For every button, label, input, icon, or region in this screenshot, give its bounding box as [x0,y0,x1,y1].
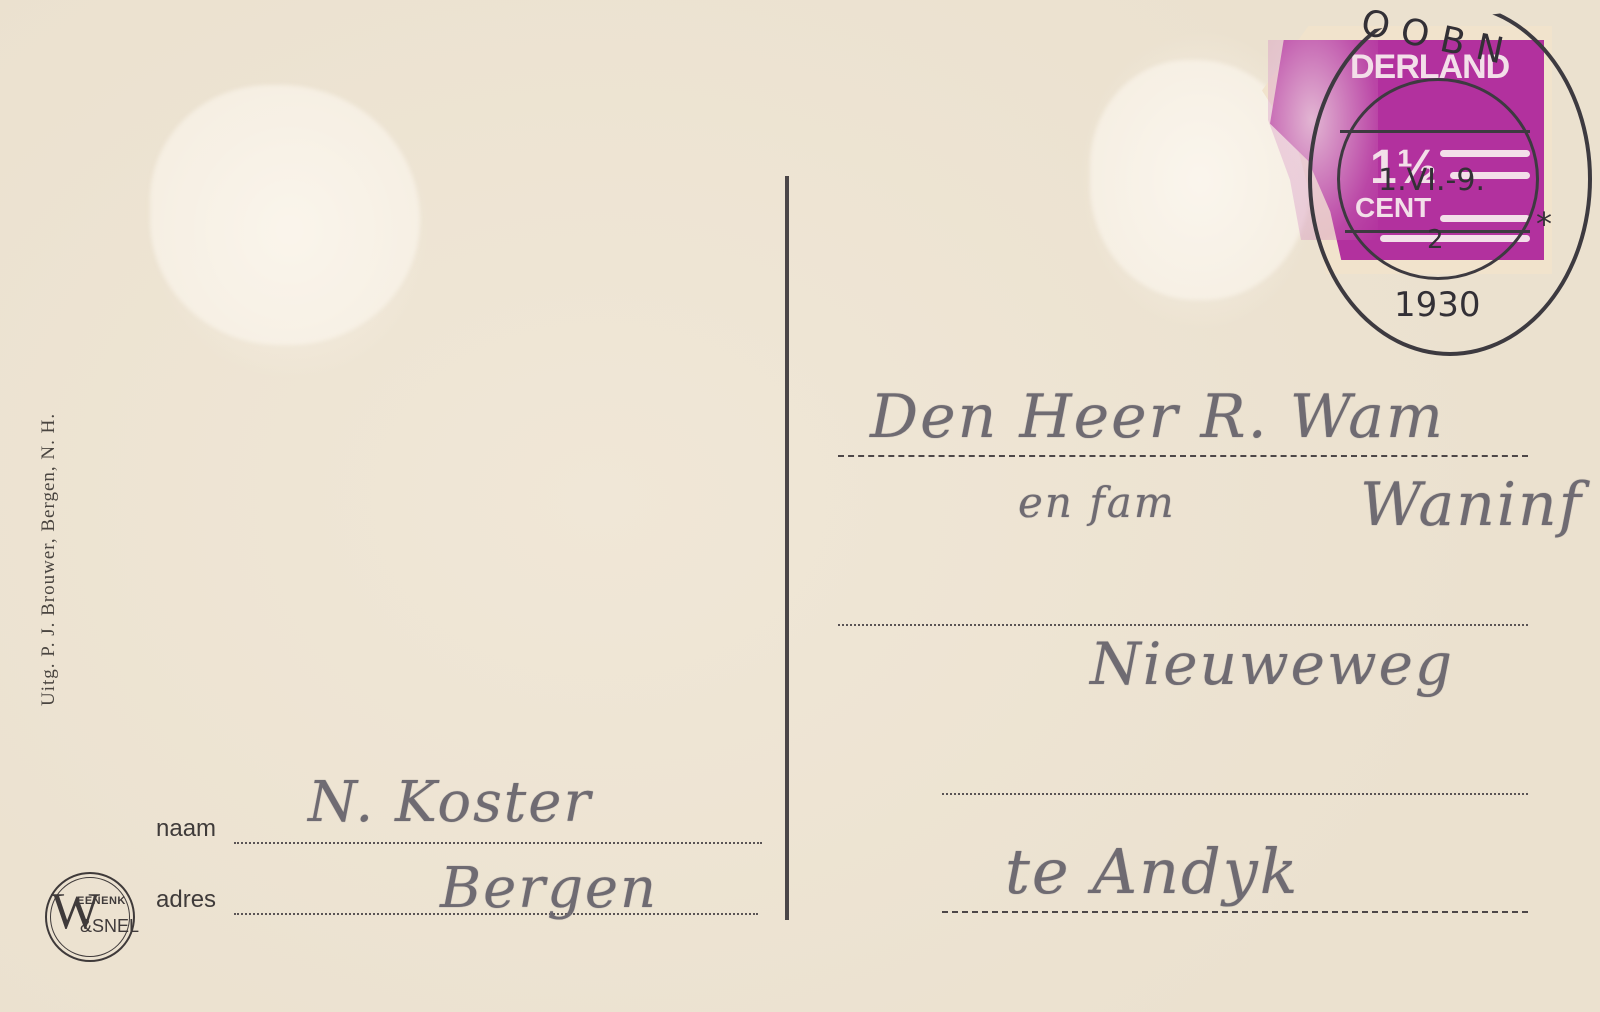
postmark-year: 1930 [1394,285,1481,325]
recipient-line1-handwriting: Den Heer R. Wam [870,382,1445,452]
postmark-star-icon: * [1536,205,1552,243]
sender-name-handwriting: N. Koster [308,770,592,835]
postcard-back: Uitg. P. J. Brouwer, Bergen, N. H. naam … [0,0,1600,1012]
address-line-3 [942,793,1528,795]
address-line-2 [838,624,1528,626]
postmark-bar [1340,130,1530,133]
sender-name-label: naam [156,815,216,843]
sender-address-handwriting: Bergen [440,856,658,921]
recipient-line4-handwriting: te Andyk [1005,835,1299,908]
postmark-hour: 2 [1427,225,1444,255]
center-divider-line [785,176,789,920]
address-line-1 [838,455,1528,457]
address-line-4 [942,911,1528,913]
publisher-imprint: Uitg. P. J. Brouwer, Bergen, N. H. [38,413,60,706]
recipient-line1b-handwriting: en fam [1018,478,1176,527]
postmark-date: 1.VI.-9. [1378,163,1485,198]
printer-logo: W EENENK &SNEL [45,872,135,962]
printer-logo-line2: &SNEL [80,916,139,937]
sender-name-line [234,842,762,844]
recipient-line2-handwriting: Waninf [1360,470,1583,540]
recipient-line3-handwriting: Nieuweweg [1090,630,1454,698]
printer-logo-line1: EENENK [77,895,126,907]
sender-address-label: adres [156,886,216,914]
paper-scuff-left [150,85,420,345]
